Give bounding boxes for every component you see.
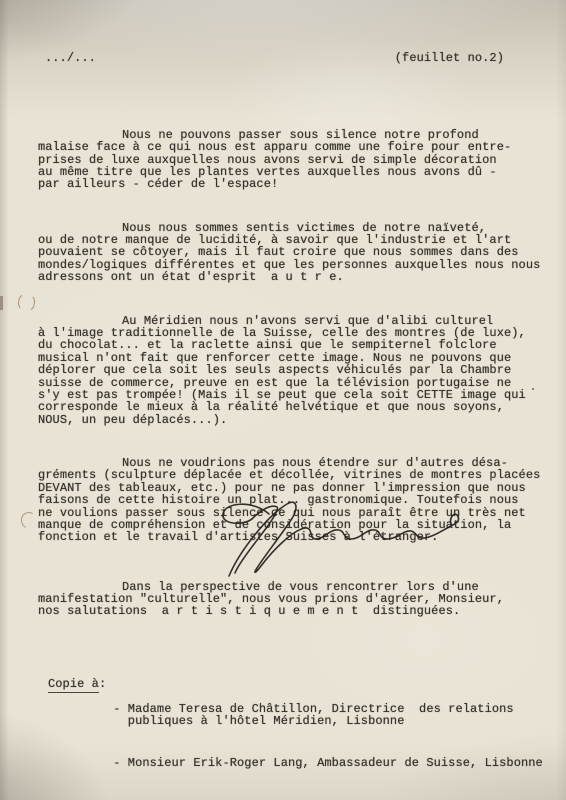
- copies-label-colon: :: [99, 677, 106, 691]
- copies-label: Copie à:: [48, 678, 106, 690]
- sheet-number-label: (feuillet no.2): [395, 52, 504, 64]
- continuation-mark: .../...: [45, 52, 96, 64]
- copies-list: - Madame Teresa de Châtillon, Directrice…: [113, 678, 543, 800]
- copies-section: Copie à: - Madame Teresa de Châtillon, D…: [48, 678, 543, 800]
- letter-page: .../... (feuillet no.2) Nous ne pouvons …: [0, 0, 566, 800]
- paragraph-3: Au Méridien nous n'avons servi que d'ali…: [38, 315, 554, 427]
- paragraph-2: Nous nous sommes sentis victimes de notr…: [38, 222, 554, 284]
- copy-recipient-2: - Monsieur Erik-Roger Lang, Ambassadeur …: [113, 757, 543, 769]
- paragraph-1: Nous ne pouvons passer sous silence notr…: [38, 129, 554, 191]
- stray-ink-dot: [532, 388, 534, 390]
- copy-recipient-1: - Madame Teresa de Châtillon, Directrice…: [113, 703, 543, 728]
- punch-hole-bottom: [19, 510, 39, 531]
- copies-label-text: Copie à: [48, 677, 99, 693]
- signature-icon: [195, 494, 475, 589]
- punch-hole-top: [17, 292, 36, 313]
- paper-edge-mark: [0, 296, 3, 310]
- signature-scrawl: [195, 494, 475, 589]
